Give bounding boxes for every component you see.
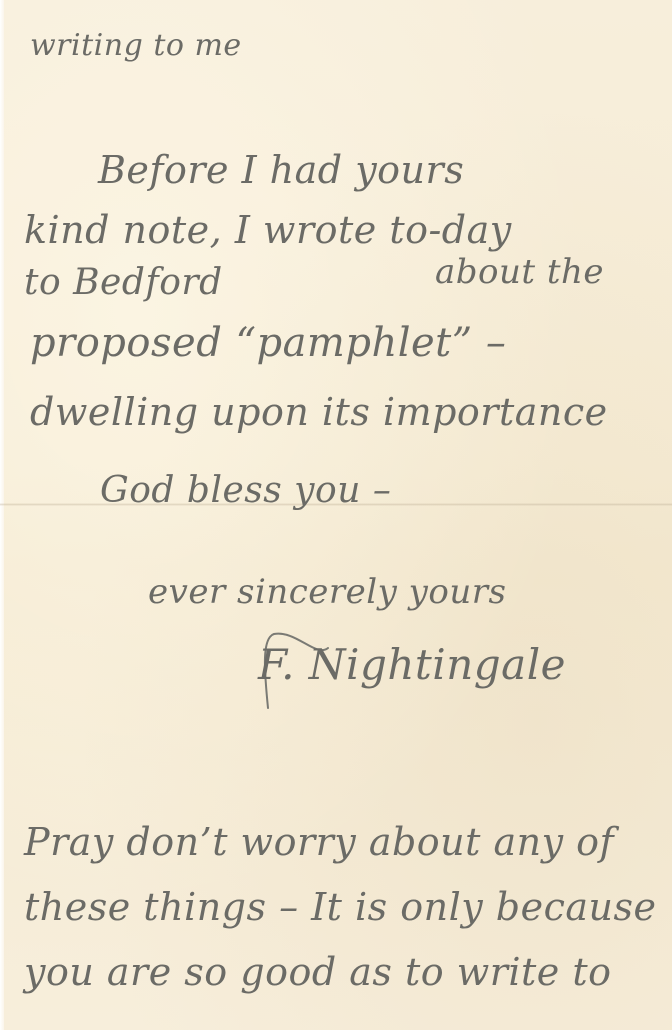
text-line-proposed-pamphlet: proposed “pamphlet” – [30,320,506,366]
closing-ever-sincerely-yours: ever sincerely yours [148,572,506,612]
text-line-to-bedford: to Bedford [24,262,223,303]
signature: F. Nightingale [258,640,566,689]
text-line-about-the: about the [435,252,604,292]
text-line-kind-note: kind note, I wrote to-day [24,208,512,252]
text-line-before-i-had-yours: Before I had yours [98,148,464,192]
text-line-writing-to-me: writing to me [30,28,242,63]
postscript-line-you-are-so-good: you are so good as to write to [24,950,612,994]
text-line-dwelling-upon: dwelling upon its importance [30,390,608,434]
postscript-line-these-things: these things – It is only because [24,885,657,929]
paper-edge [0,0,4,1030]
postscript-line-pray: Pray don’t worry about any of [24,820,614,864]
letter-page: writing to me Before I had yours kind no… [0,0,672,1030]
text-line-god-bless-you: God bless you – [100,470,391,511]
